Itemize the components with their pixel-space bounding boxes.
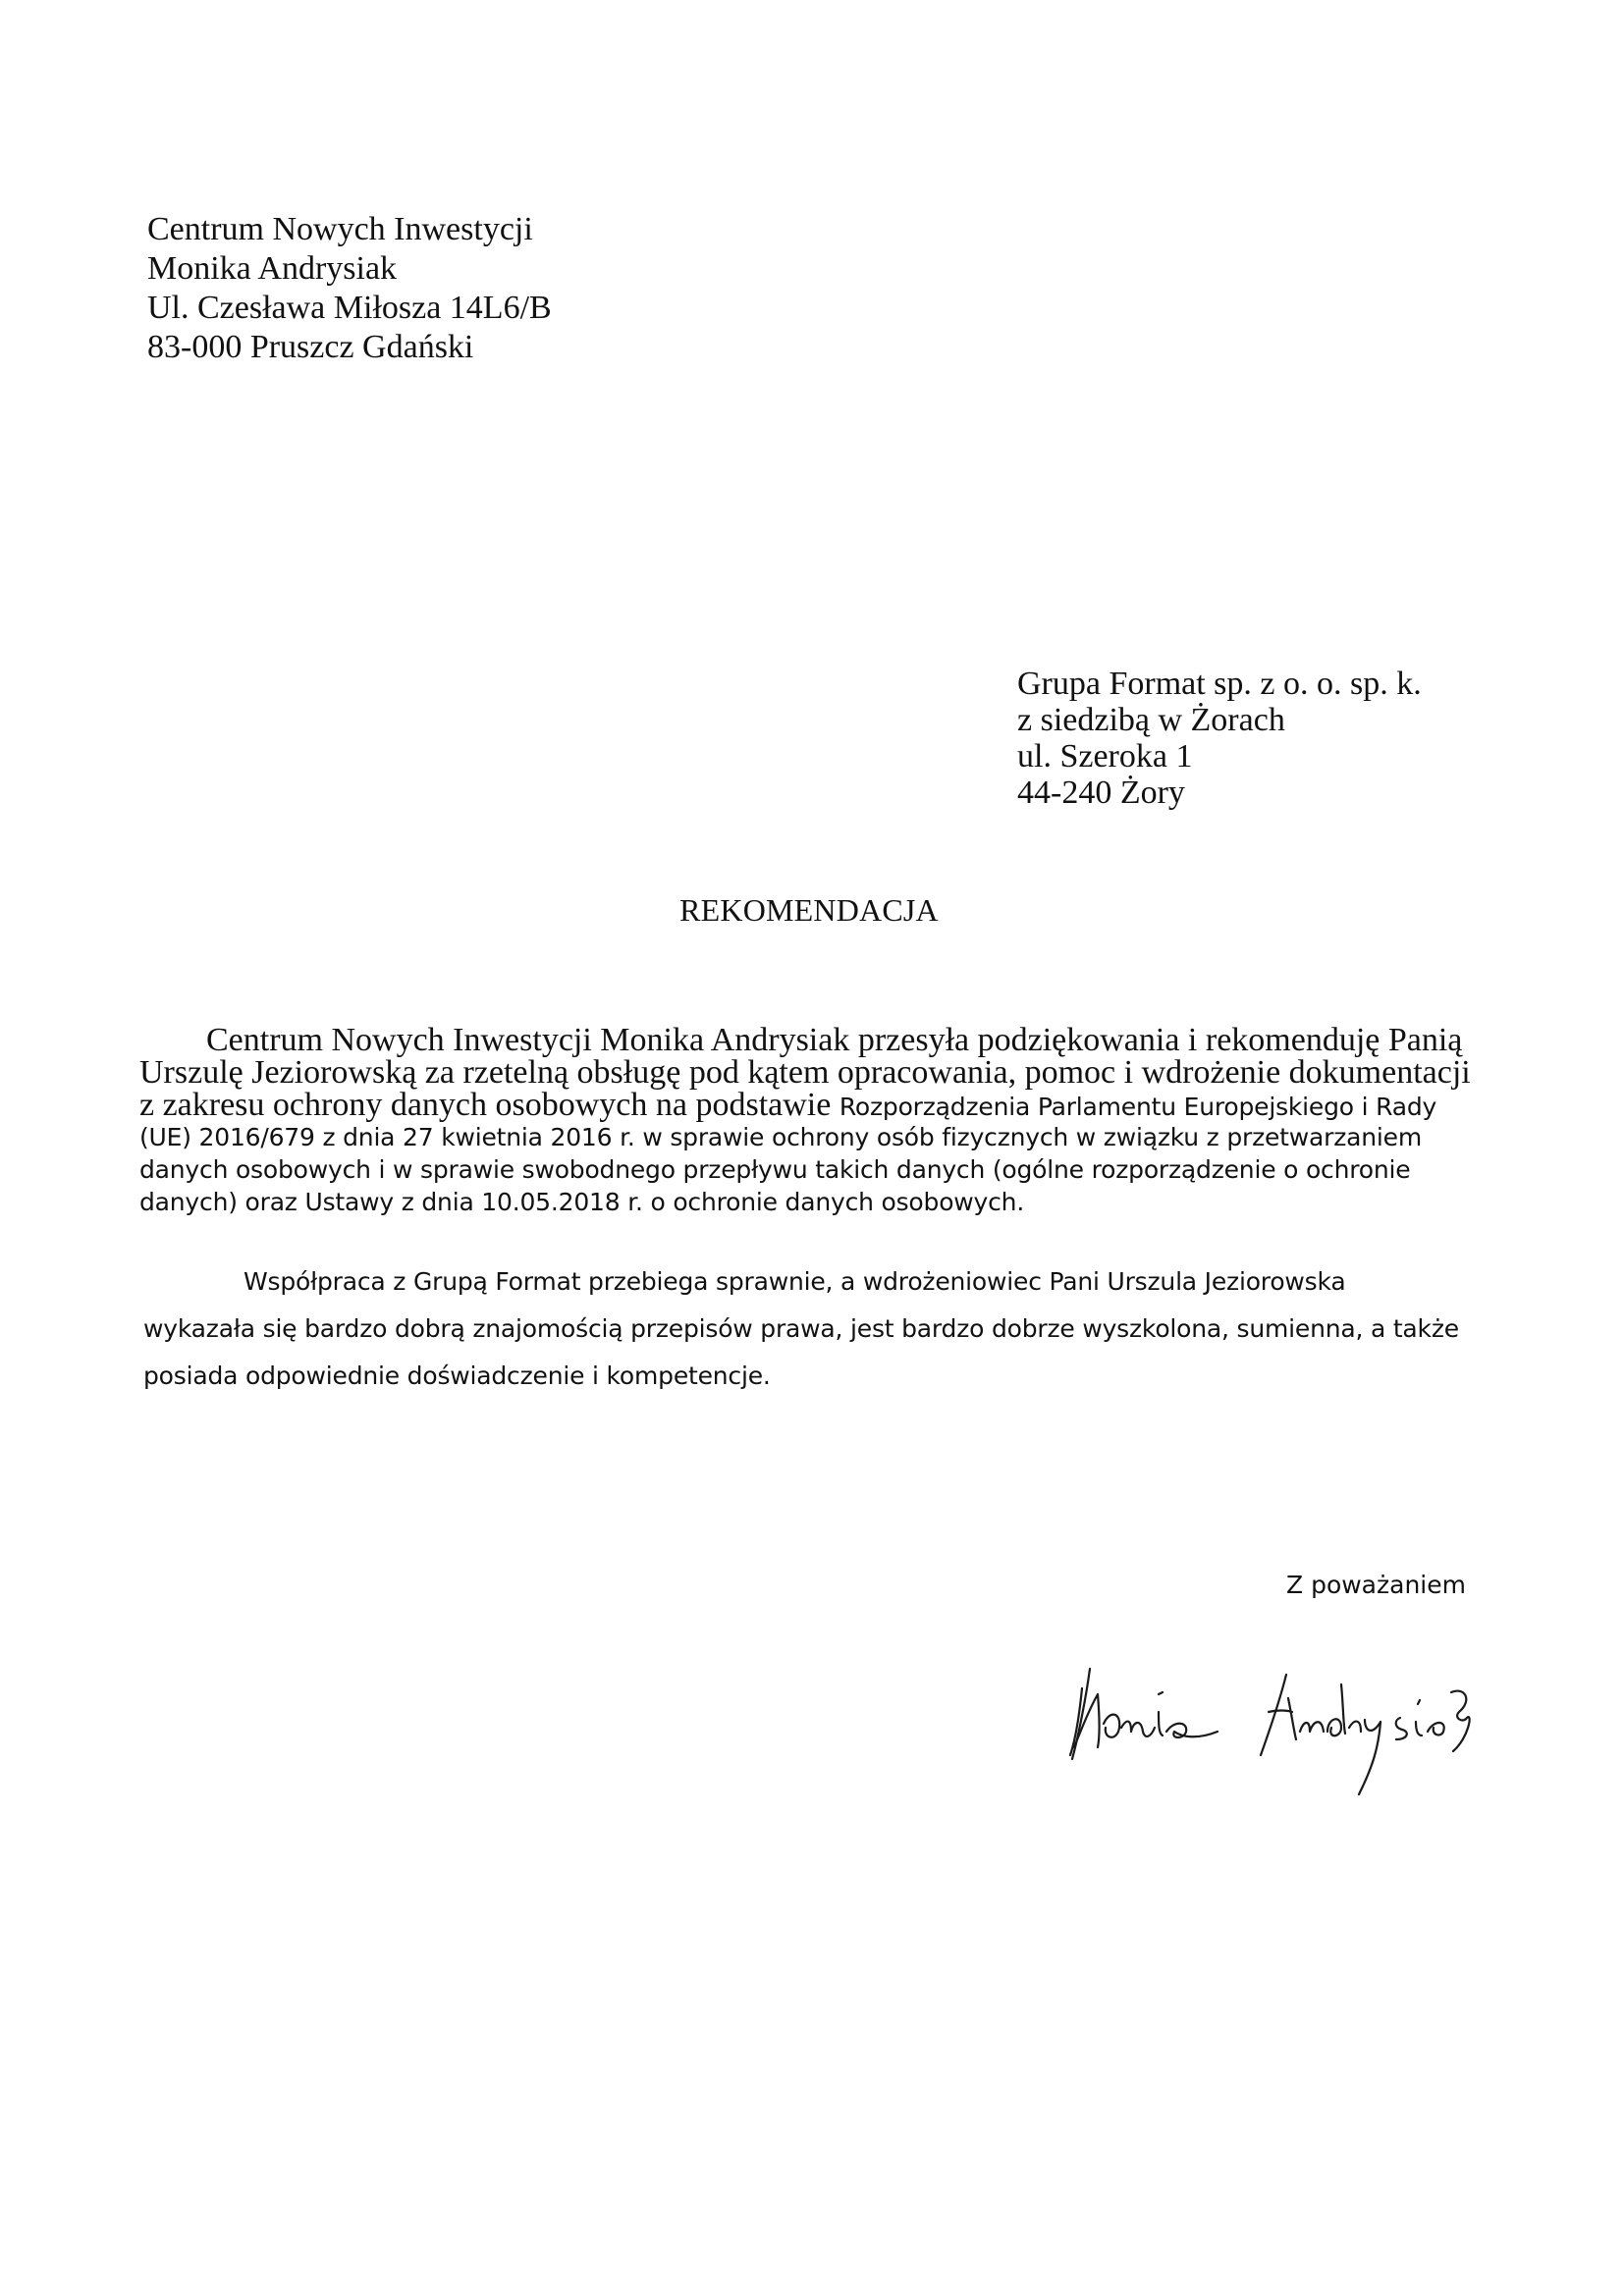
sender-address-block: Centrum Nowych Inwestycji Monika Andrysi… [147, 210, 552, 367]
recipient-line: ul. Szeroka 1 [1017, 738, 1422, 774]
body-paragraph-1: Centrum Nowych Inwestycji Monika Andrysi… [139, 1024, 1504, 1218]
paragraph-line: danych osobowych i w sprawie swobodnego … [139, 1153, 1504, 1186]
paragraph-line: Współpraca z Grupą Format przebiega spra… [143, 1258, 1508, 1306]
handwritten-signature-icon [1060, 1629, 1512, 1796]
recipient-line: z siedzibą w Żorach [1017, 702, 1422, 738]
sender-line: Monika Andrysiak [147, 249, 552, 289]
paragraph-line: Centrum Nowych Inwestycji Monika Andrysi… [139, 1024, 1504, 1056]
sender-line: Ul. Czesława Miłosza 14L6/B [147, 289, 552, 328]
body-paragraph-2: Współpraca z Grupą Format przebiega spra… [143, 1258, 1508, 1400]
sender-line: 83-000 Pruszcz Gdański [147, 328, 552, 367]
recipient-address-block: Grupa Format sp. z o. o. sp. k. z siedzi… [1017, 666, 1422, 811]
paragraph-line: z zakresu ochrony danych osobowych na po… [139, 1089, 1504, 1121]
paragraph-line: (UE) 2016/679 z dnia 27 kwietnia 2016 r.… [139, 1121, 1504, 1153]
document-title: REKOMENDACJA [0, 888, 1624, 932]
recipient-line: Grupa Format sp. z o. o. sp. k. [1017, 666, 1422, 702]
sender-line: Centrum Nowych Inwestycji [147, 210, 552, 249]
paragraph-line: posiada odpowiednie doświadczenie i komp… [143, 1353, 1508, 1400]
paragraph-line: Urszulę Jeziorowską za rzetelną obsługę … [139, 1056, 1504, 1089]
paragraph-line: wykazała się bardzo dobrą znajomością pr… [143, 1306, 1508, 1353]
paragraph-line: danych) oraz Ustawy z dnia 10.05.2018 r.… [139, 1186, 1504, 1218]
recipient-line: 44-240 Żory [1017, 774, 1422, 811]
document-title-text: REKOMENDACJA [679, 892, 939, 928]
closing-salutation: Z poważaniem [1286, 1569, 1466, 1602]
